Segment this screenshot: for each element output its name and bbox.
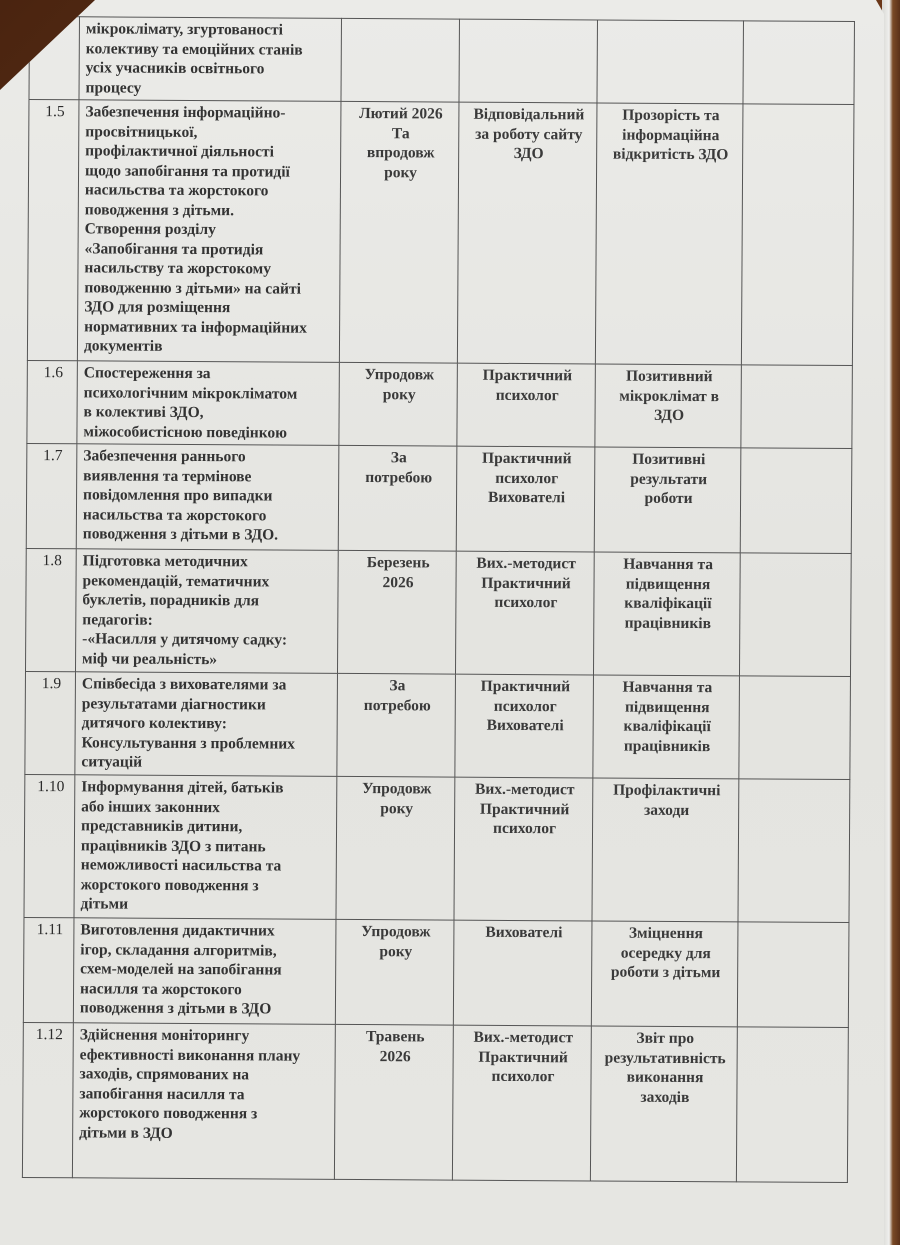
responsible-text: Практичний психолог Вихователі [482,450,572,507]
responsible-text: Вихователі [485,924,562,941]
result-text: Зміцнення осередку для роботи з дітьми [611,925,721,982]
cell-note [738,779,850,923]
table-row: 1.12 Здійснення моніторингу ефективності… [22,1022,848,1182]
cell-responsible: Відповідальний за роботу сайту ЗДО [457,102,597,364]
cell-term: Упродовж року [335,919,454,1025]
cell-note [736,1027,848,1183]
cell-number: 1.5 [27,100,79,361]
cell-responsible: Вихователі [453,920,592,1026]
table-row: 1.8 Підготовка методичних рекомендацій, … [25,548,851,676]
responsible-text: Практичний психолог Вихователі [481,678,571,735]
result-text: Звіт про результативність виконання захо… [605,1030,726,1106]
cell-responsible: Вих.-методист Практичний психолог [455,551,594,675]
responsible-text: Вих.-методист Практичний психолог [473,1029,573,1085]
term-text: Упродовж року [361,923,430,960]
cell-note [743,21,855,105]
table-row: 1.5 Забезпечення інформаційно- просвітни… [27,100,854,366]
result-text: Прозорість та інформаційна відкритість З… [613,107,729,164]
cell-result: Профілактичні заходи [592,778,739,922]
cell-number: 1.10 [24,774,75,917]
cell-responsible: Практичний психолог Вихователі [455,674,594,778]
cell-activity: Виготовлення дидактичних ігор, складання… [73,918,336,1025]
activity-text: мікроклімату, згуртованості колективу та… [86,20,303,96]
plan-table-container: мікроклімату, згуртованості колективу та… [22,16,854,1183]
cell-result: Прозорість та інформаційна відкритість З… [595,103,743,365]
term-text: Березень 2026 [367,554,430,591]
cell-result: Зміцнення осередку для роботи з дітьми [591,921,738,1027]
activity-text: Виготовлення дидактичних ігор, складання… [80,921,282,1017]
cell-result [597,20,744,104]
activity-text: Інформування дітей, батьків або інших за… [81,778,284,912]
table-row: 1.9 Співбесіда з вихователями за результ… [25,671,851,779]
cell-term: Березень 2026 [337,550,456,674]
result-text: Профілактичні заходи [613,782,720,819]
activity-text: Співбесіда з вихователями за результатам… [81,675,295,770]
table-row: 1.7 Забезпечення раннього виявлення та т… [26,443,852,553]
responsible-text: Вих.-методист Практичний психолог [475,781,575,837]
cell-result: Навчання та підвищення кваліфікації прац… [593,675,740,779]
cell-term: За потребою [337,673,456,777]
cell-activity: Спостереження за психологічним мікроклім… [77,361,340,446]
cell-responsible: Вих.-методист Практичний психолог [452,1025,591,1181]
term-text: Упродовж року [365,366,434,403]
activity-text: Здійснення моніторингу ефективності вико… [79,1026,300,1141]
responsible-text: Практичний психолог [483,367,573,404]
cell-responsible [459,19,598,103]
cell-note [741,365,853,449]
activity-text: Підготовка методичних рекомендацій, тема… [82,552,287,667]
cell-activity: Здійснення моніторингу ефективності вико… [72,1023,335,1180]
document-page: мікроклімату, згуртованості колективу та… [0,0,884,1245]
cell-note [737,922,849,1028]
cell-responsible: Практичний психолог [457,363,596,447]
term-text: Лютий 2026 Та впродовж року [359,105,443,181]
cell-activity: Забезпечення раннього виявлення та термі… [76,444,339,551]
activity-text: Забезпечення раннього виявлення та термі… [83,447,278,543]
cell-term: За потребою [338,445,457,551]
result-text: Навчання та підвищення кваліфікації прац… [622,679,712,755]
cell-activity: мікроклімату, згуртованості колективу та… [79,17,342,102]
cell-term: Упродовж року [336,776,455,920]
table-row: 1.11 Виготовлення дидактичних ігор, скла… [23,917,849,1027]
cell-note [740,448,852,554]
cell-number: 1.7 [26,443,77,548]
table-row-continuation: мікроклімату, згуртованості колективу та… [29,17,854,105]
term-text: Упродовж року [362,780,431,817]
term-text: За потребою [364,677,431,714]
cell-number: 1.8 [25,548,76,671]
term-text: За потребою [365,449,432,486]
activity-text: Спостереження за психологічним мікроклім… [83,364,297,441]
cell-number: 1.11 [23,917,74,1022]
cell-result: Звіт про результативність виконання захо… [590,1026,737,1182]
cell-result: Навчання та підвищення кваліфікації прац… [593,552,740,676]
responsible-text: Вих.-методист Практичний психолог [476,555,576,611]
cell-number: 1.6 [27,360,78,443]
cell-note [741,104,854,366]
result-text: Позитивні результати роботи [630,451,707,507]
cell-number: 1.9 [25,671,76,774]
cell-term: Упродовж року [339,362,458,446]
cell-note [739,553,851,677]
responsible-text: Відповідальний за роботу сайту ЗДО [473,106,584,162]
cell-number: 1.12 [22,1022,73,1177]
cell-responsible: Практичний психолог Вихователі [456,446,595,552]
table-row: 1.10 Інформування дітей, батьків або інш… [24,774,850,922]
cell-term [341,18,460,102]
term-text: Травень 2026 [366,1028,425,1065]
cell-responsible: Вих.-методист Практичний психолог [454,777,593,921]
measures-plan-table: мікроклімату, згуртованості колективу та… [22,16,855,1183]
result-text: Позитивний мікроклімат в ЗДО [619,368,719,424]
cell-note [739,676,851,780]
cell-activity: Співбесіда з вихователями за результатам… [75,672,338,777]
cell-result: Позитивний мікроклімат в ЗДО [595,364,742,448]
cell-term: Лютий 2026 Та впродовж року [339,101,459,363]
cell-result: Позитивні результати роботи [594,447,741,553]
cell-activity: Забезпечення інформаційно- просвітницько… [77,100,341,363]
cell-activity: Підготовка методичних рекомендацій, тема… [75,549,338,674]
table-row: 1.6 Спостереження за психологічним мікро… [27,360,852,448]
activity-text: Забезпечення інформаційно- просвітницько… [84,103,307,354]
cell-activity: Інформування дітей, батьків або інших за… [74,775,337,920]
cell-term: Травень 2026 [334,1024,453,1180]
result-text: Навчання та підвищення кваліфікації прац… [623,556,713,632]
page-edge [882,0,900,1245]
